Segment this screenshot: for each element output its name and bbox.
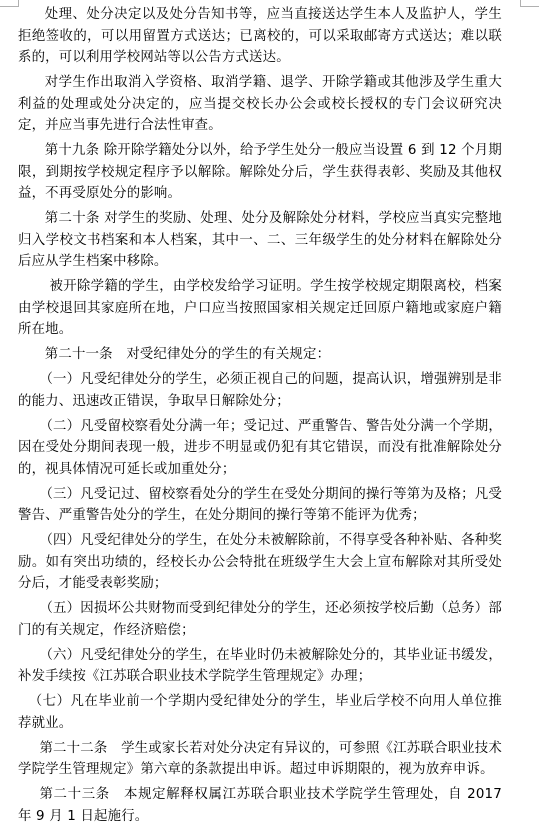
paragraph-delivery: 处理、处分决定以及处分告知书等，应当直接送达学生本人及监护人，学生拒绝签收的，可… [18, 4, 502, 69]
document-body: 处理、处分决定以及处分告知书等，应当直接送达学生本人及监护人，学生拒绝签收的，可… [18, 4, 502, 827]
article-23: 第二十三条 本规定解释权属江苏联合职业技术学院学生管理处，自 2017 年 9 … [18, 784, 502, 827]
article-21-item-7: （七）凡在毕业前一个学期内受纪律处分的学生，毕业后学校不向用人单位推荐就业。 [18, 691, 502, 734]
paragraph-expelled-students: 被开除学籍的学生，由学校发给学习证明。学生按学校规定期限离校，档案由学校退回其家… [18, 276, 502, 341]
article-21-item-6: （六）凡受纪律处分的学生，在毕业时仍未被解除处分的，其毕业证书缓发，补发手续按《… [18, 645, 502, 688]
page-corner-mark-right [520, 0, 539, 7]
article-19: 第十九条 除开除学籍处分以外，给予学生处分一般应当设置 6 到 12 个月期限，… [18, 140, 502, 205]
article-20: 第二十条 对学生的奖励、处理、处分及解除处分材料，学校应当真实完整地归入学校文书… [18, 208, 502, 273]
document-page: 处理、处分决定以及处分告知书等，应当直接送达学生本人及监护人，学生拒绝签收的，可… [0, 0, 539, 838]
article-21-item-5: （五）因损坏公共财物而受到纪律处分的学生，还必须按学校后勤（总务）部门的有关规定… [18, 598, 502, 641]
article-21-item-1: （一）凡受纪律处分的学生，必须正视自己的问题，提高认识，增强辨别是非的能力、迅速… [18, 369, 502, 412]
paragraph-major-decision: 对学生作出取消入学资格、取消学籍、退学、开除学籍或其他涉及学生重大利益的处理或处… [18, 72, 502, 137]
article-21: 第二十一条 对受纪律处分的学生的有关规定： [18, 344, 502, 366]
article-21-item-3: （三）凡受记过、留校察看处分的学生在受处分期间的操行等第为及格；凡受警告、严重警… [18, 484, 502, 527]
article-21-item-2: （二）凡受留校察看处分满一年；受记过、严重警告、警告处分满一个学期，因在受处分期… [18, 416, 502, 481]
article-21-item-4: （四）凡受纪律处分的学生，在处分未被解除前，不得享受各种补贴、各种奖励。如有突出… [18, 530, 502, 595]
page-corner-mark-left [0, 0, 19, 7]
article-22: 第二十二条 学生或家长若对处分决定有异议的，可参照《江苏联合职业技术学院学生管理… [18, 738, 502, 781]
